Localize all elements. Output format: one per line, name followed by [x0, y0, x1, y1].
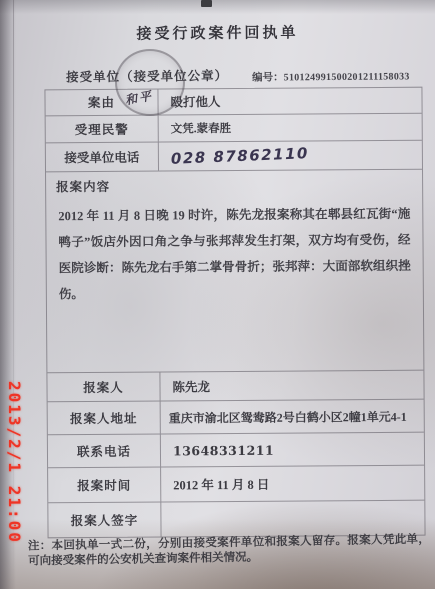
officers-label: 受理民警	[46, 115, 159, 142]
footer-note: 注：本回执单一式二份，分别由接受案件单位和报案人留存。报案人凭此单，可向接受案件…	[28, 532, 430, 569]
table-row-contact-phone: 联系电话 13648331211	[48, 431, 424, 467]
stamp-handwritten-text: 和平	[124, 87, 155, 109]
case-reason-value: 殴打他人	[158, 88, 421, 114]
officers-value: 文凭.蒙春胜	[159, 113, 422, 141]
table-row-reporter-address: 报案人地址 重庆市渝北区鸳鸯路2号白鹤小区2幢1单元4-1	[48, 399, 424, 434]
reporter-label: 报案人	[47, 372, 160, 401]
signature-label: 报案人签字	[48, 502, 161, 537]
unit-phone-value: 028 87862110	[171, 144, 310, 168]
report-time-value: 2012 年 11 月 8 日	[161, 466, 424, 501]
table-row-unit-phone: 接受单位电话 028 87862110	[46, 140, 422, 171]
serial-number-line: 编号：510124991500201211158033	[252, 68, 410, 84]
reporter-address-value: 重庆市渝北区鸳鸯路2号白鹤小区2幢1单元4-1	[161, 400, 424, 433]
reporter-address-label: 报案人地址	[48, 402, 161, 434]
staple-mark	[201, 0, 212, 7]
table-row-reporter: 报案人 陈先龙	[47, 370, 423, 402]
form-header: 接受单位（接受单位公章） 编号：510124991500201211158033	[0, 62, 435, 66]
serial-number: 510124991500201211158033	[284, 71, 410, 83]
case-receipt-table: 案由 殴打他人 受理民警 文凭.蒙春胜 接受单位电话 028 87862110 …	[44, 87, 425, 539]
report-content-label: 报案内容	[46, 169, 422, 195]
unit-phone-label: 接受单位电话	[46, 143, 159, 171]
contact-phone-label: 联系电话	[48, 434, 161, 467]
contact-phone-value: 13648331211	[161, 432, 424, 466]
table-row-officers: 受理民警 文凭.蒙春胜	[46, 112, 422, 142]
table-row-report-content: 报案内容 2012 年 11 月 8 日晚 19 时许，陈先龙报案称其在郫县红瓦…	[46, 168, 423, 372]
photographed-document: 接受行政案件回执单 接受单位（接受单位公章） 编号：51012499150020…	[0, 0, 435, 589]
signature-value	[161, 500, 424, 536]
table-row-report-time: 报案时间 2012 年 11 月 8 日	[48, 465, 424, 502]
form-title: 接受行政案件回执单	[0, 20, 435, 45]
table-row-case-reason: 案由 殴打他人	[45, 88, 421, 115]
report-time-label: 报案时间	[48, 468, 161, 502]
camera-timestamp: 2013/2/1 21:00	[5, 381, 24, 544]
report-content-value: 2012 年 11 月 8 日晚 19 时许，陈先龙报案称其在郫县红瓦街“施鸭子…	[58, 200, 411, 306]
table-row-signature: 报案人签字	[48, 499, 424, 537]
serial-label: 编号：	[252, 72, 284, 83]
official-round-stamp: 和平	[115, 49, 185, 116]
reporter-value: 陈先龙	[160, 371, 423, 401]
